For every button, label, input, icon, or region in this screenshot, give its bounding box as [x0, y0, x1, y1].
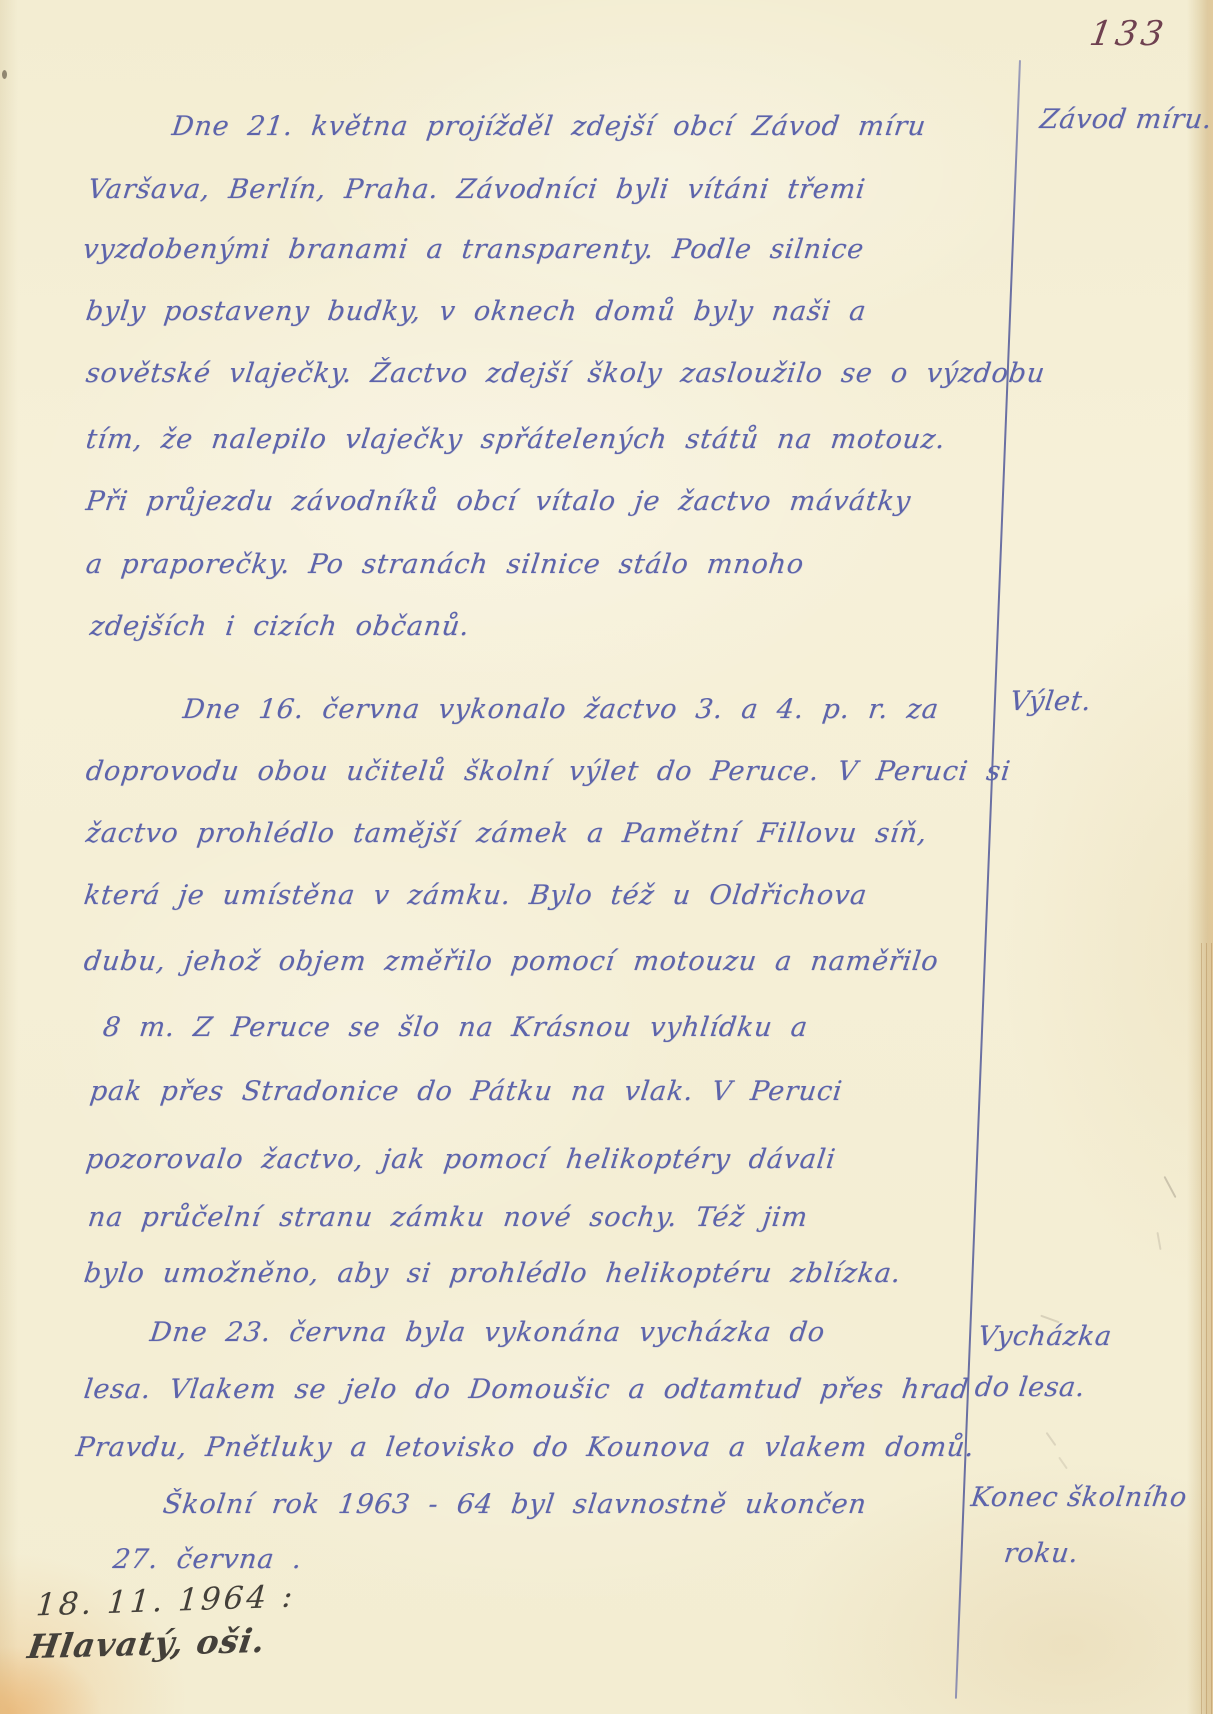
manuscript-line: Varšava, Berlín, Praha. Závodníci byli v…	[86, 173, 868, 207]
pencil-smudge	[1163, 1176, 1176, 1198]
pencil-smudge	[1046, 1432, 1057, 1446]
manuscript-line: dubu, jehož objem změřilo pomocí motouzu…	[82, 945, 941, 979]
manuscript-line: Dne 23. června byla vykonána vycházka do	[148, 1316, 827, 1350]
manuscript-line: Pravdu, Pnětluky a letovisko do Kounova …	[74, 1431, 977, 1465]
manuscript-line: sovětské vlaječky. Žactvo zdejší školy z…	[84, 357, 1047, 391]
manuscript-line: bylo umožněno, aby si prohlédlo helikopt…	[82, 1257, 903, 1291]
manuscript-line: zdejších i cizích občanů.	[88, 610, 472, 644]
inspection-date: 18. 11. 1964 :	[35, 1578, 297, 1623]
manuscript-line: pak přes Stradonice do Pátku na vlak. V …	[88, 1075, 844, 1109]
margin-note-line: do lesa.	[973, 1372, 1087, 1403]
manuscript-line: tím, že nalepilo vlaječky spřátelených s…	[84, 423, 948, 457]
margin-note-line: Závod míru.	[1038, 104, 1213, 135]
pencil-smudge	[1058, 1457, 1068, 1470]
chronicle-page: 133 Dne 21. května projížděl zdejší obcí…	[0, 0, 1213, 1714]
pencil-smudge	[1156, 1232, 1161, 1250]
margin-note-line: Vycházka	[976, 1321, 1114, 1352]
manuscript-line: lesa. Vlakem se jelo do Domoušic a odtam…	[82, 1373, 971, 1407]
manuscript-line: doprovodu obou učitelů školní výlet do P…	[84, 755, 1013, 789]
inspector-signature: Hlavatý, oši.	[25, 1621, 268, 1666]
margin-note-line: Výlet.	[1008, 686, 1093, 717]
margin-note-line: roku.	[1002, 1538, 1080, 1569]
manuscript-line: která je umístěna v zámku. Bylo též u Ol…	[82, 879, 869, 913]
manuscript-line: žactvo prohlédlo tamější zámek a Pamětní…	[84, 817, 929, 851]
manuscript-line: Dne 16. června vykonalo žactvo 3. a 4. p…	[181, 693, 941, 727]
book-page-edge-stripes	[1197, 943, 1213, 1714]
manuscript-line: 27. června .	[111, 1543, 304, 1577]
manuscript-line: 8 m. Z Peruce se šlo na Krásnou vyhlídku…	[101, 1011, 810, 1045]
manuscript-line: a praporečky. Po stranách silnice stálo …	[84, 548, 806, 582]
manuscript-line: Školní rok 1963 - 64 byl slavnostně ukon…	[161, 1488, 869, 1522]
manuscript-line: vyzdobenými branami a transparenty. Podl…	[81, 233, 866, 267]
page-number: 133	[1087, 14, 1170, 54]
manuscript-line: Dne 21. května projížděl zdejší obcí Záv…	[170, 110, 928, 144]
manuscript-line: na průčelní stranu zámku nové sochy. Též…	[86, 1201, 810, 1235]
margin-note-line: Konec školního	[969, 1482, 1189, 1513]
ink-speck	[2, 70, 7, 79]
manuscript-line: pozorovalo žactvo, jak pomocí helikoptér…	[84, 1143, 838, 1177]
manuscript-line: Při průjezdu závodníků obcí vítalo je ža…	[84, 485, 913, 519]
manuscript-line: byly postaveny budky, v oknech domů byly…	[84, 295, 868, 329]
